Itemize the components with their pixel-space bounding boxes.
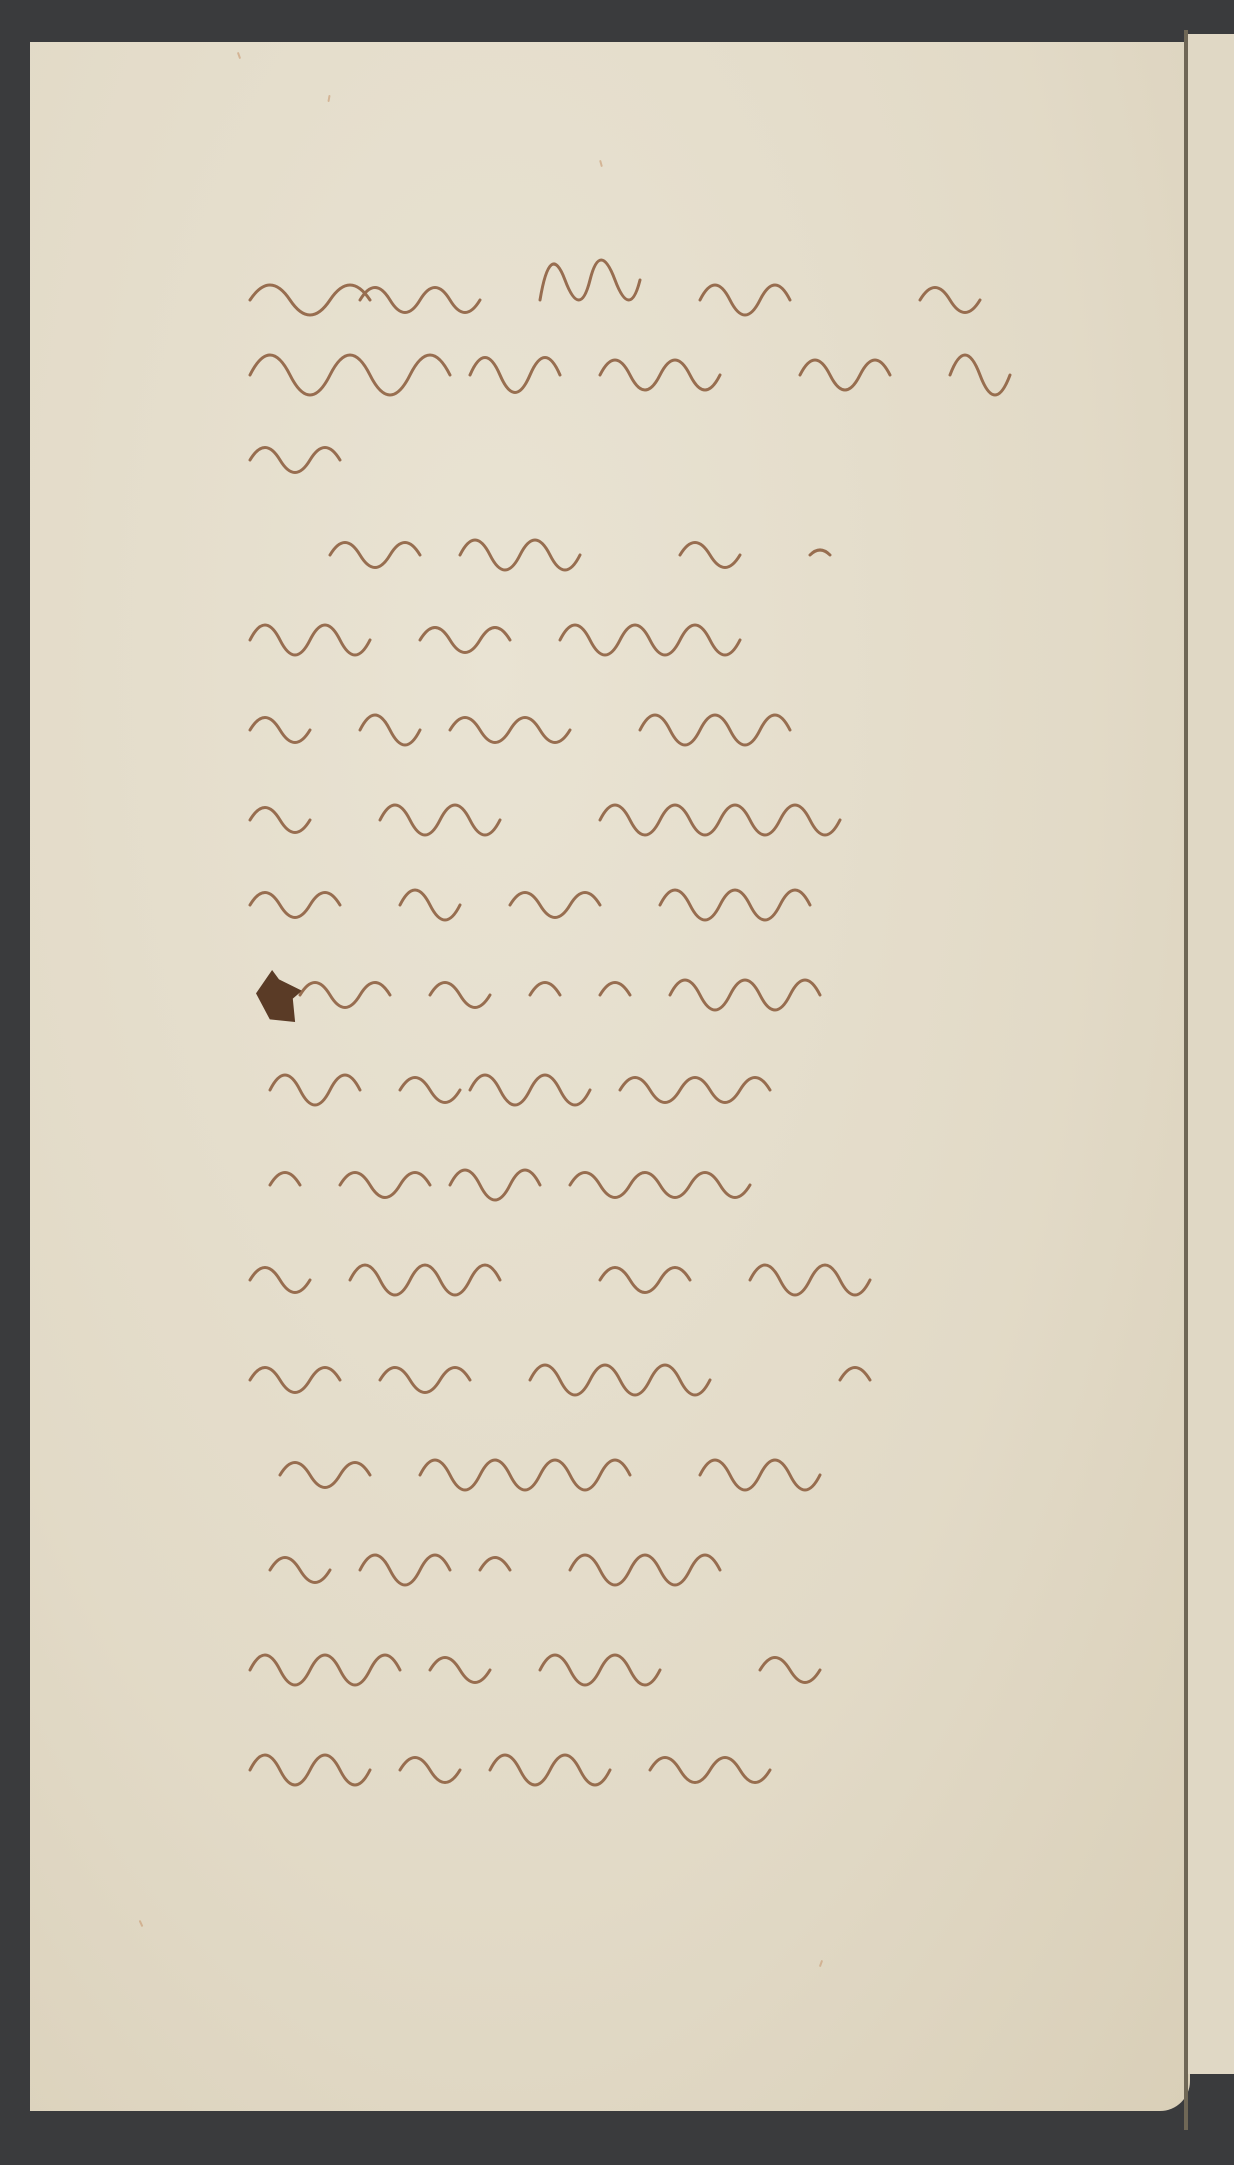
handwriting-strokes — [0, 0, 1234, 2165]
